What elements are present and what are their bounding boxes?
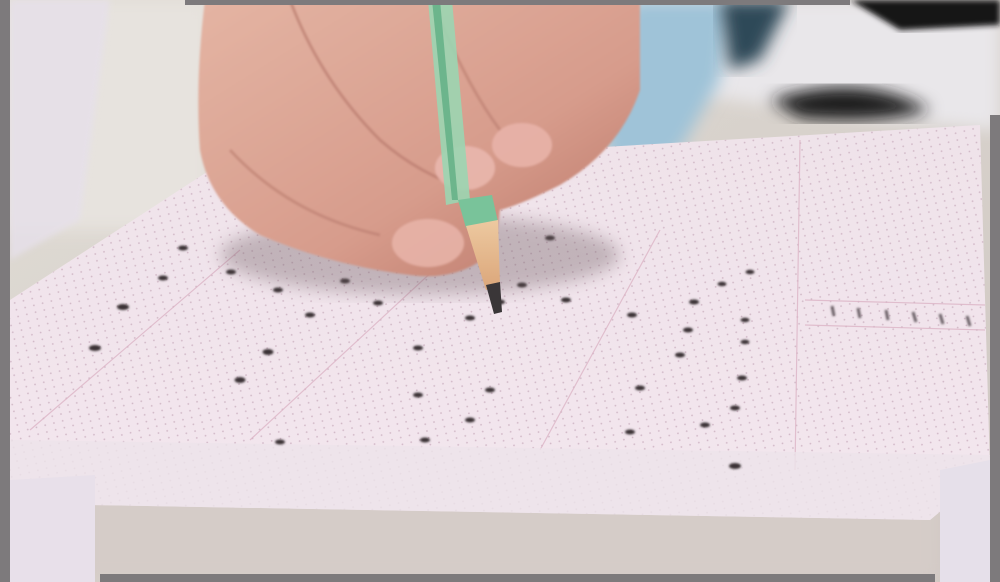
frame-left [0, 0, 10, 582]
exam-photo [0, 0, 1000, 582]
frame-top [185, 0, 850, 5]
frame-bottom [100, 574, 935, 582]
photo-scene [0, 0, 1000, 582]
frame-right [990, 115, 1000, 582]
